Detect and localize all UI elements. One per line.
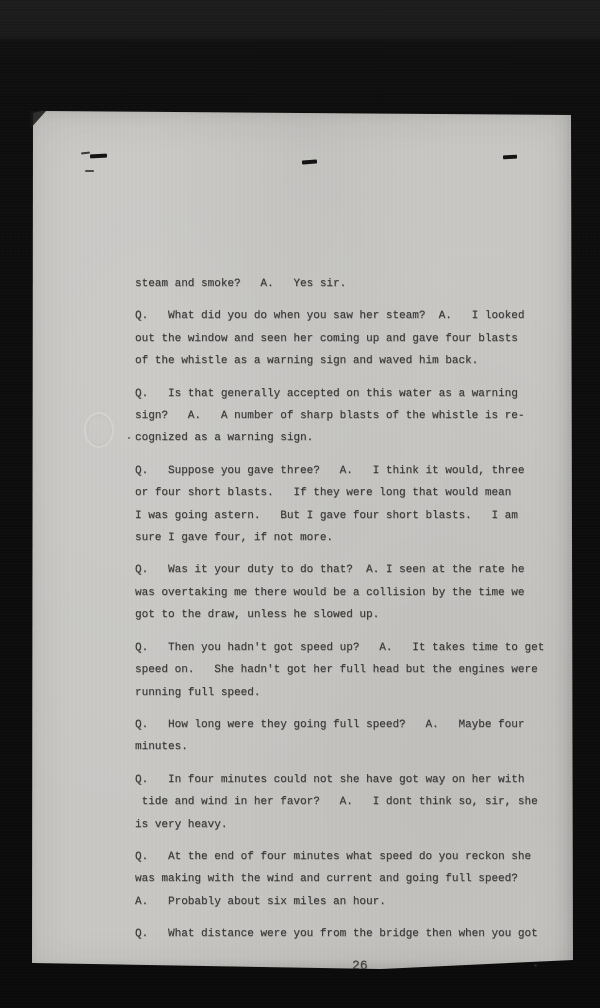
text-line: running full speed. <box>135 682 567 704</box>
text-line: sure I gave four, if not more. <box>135 527 567 549</box>
text-line: was overtaking me there would be a colli… <box>135 582 567 604</box>
text-line: minutes. <box>135 736 567 758</box>
text-line: or four short blasts. If they were long … <box>135 482 567 504</box>
text-line: Q. Suppose you gave three? A. I think it… <box>135 460 567 482</box>
paragraph: steam and smoke? A. Yes sir. <box>135 273 567 295</box>
text-line: was making with the wind and current and… <box>135 868 567 890</box>
text-line: of the whistle as a warning sign and wav… <box>135 350 567 372</box>
text-line: Q. In four minutes could not she have go… <box>135 769 567 791</box>
text-line: out the window and seen her coming up an… <box>135 328 567 350</box>
text-line: steam and smoke? A. Yes sir. <box>135 273 567 295</box>
text-line: Q. Was it your duty to do that? A. I see… <box>135 559 567 581</box>
paragraph: Q. How long were they going full speed? … <box>135 714 567 759</box>
page-number: 26 <box>352 958 368 973</box>
paragraph: Q. What distance were you from the bridg… <box>135 923 567 945</box>
scan-speck <box>534 964 537 967</box>
text-line: sign? A. A number of sharp blasts of the… <box>135 405 567 427</box>
text-line: Q. What did you do when you saw her stea… <box>135 305 567 327</box>
text-line: is very heavy. <box>135 814 567 836</box>
paragraph: Q. In four minutes could not she have go… <box>135 769 567 836</box>
paragraph: Q. At the end of four minutes what speed… <box>135 846 567 913</box>
transcript-text: steam and smoke? A. Yes sir.Q. What did … <box>135 273 567 956</box>
paragraph: Q. Suppose you gave three? A. I think it… <box>135 460 567 550</box>
punch-hole-mark <box>84 412 114 448</box>
text-line: cognized as a warning sign. <box>135 427 567 449</box>
text-line: Q. How long were they going full speed? … <box>135 714 567 736</box>
document-page: steam and smoke? A. Yes sir.Q. What did … <box>30 111 573 972</box>
paragraph: Q. Was it your duty to do that? A. I see… <box>135 559 567 626</box>
scan-speck <box>128 437 130 439</box>
binder-mark <box>85 170 94 172</box>
text-line: Q. At the end of four minutes what speed… <box>135 846 567 868</box>
text-line: I was going astern. But I gave four shor… <box>135 505 567 527</box>
text-line: Q. Then you hadn't got speed up? A. It t… <box>135 637 567 659</box>
paragraph: Q. Is that generally accepted on this wa… <box>135 383 567 450</box>
paragraph: Q. What did you do when you saw her stea… <box>135 305 567 372</box>
binder-mark <box>503 155 517 159</box>
text-line: A. Probably about six miles an hour. <box>135 891 567 913</box>
text-line: Q. Is that generally accepted on this wa… <box>135 383 567 405</box>
text-line: got to the draw, unless he slowed up. <box>135 604 567 626</box>
text-line: tide and wind in her favor? A. I dont th… <box>135 791 567 813</box>
text-line: speed on. She hadn't got her full head b… <box>135 659 567 681</box>
paragraph: Q. Then you hadn't got speed up? A. It t… <box>135 637 567 704</box>
text-line: Q. What distance were you from the bridg… <box>135 923 567 945</box>
